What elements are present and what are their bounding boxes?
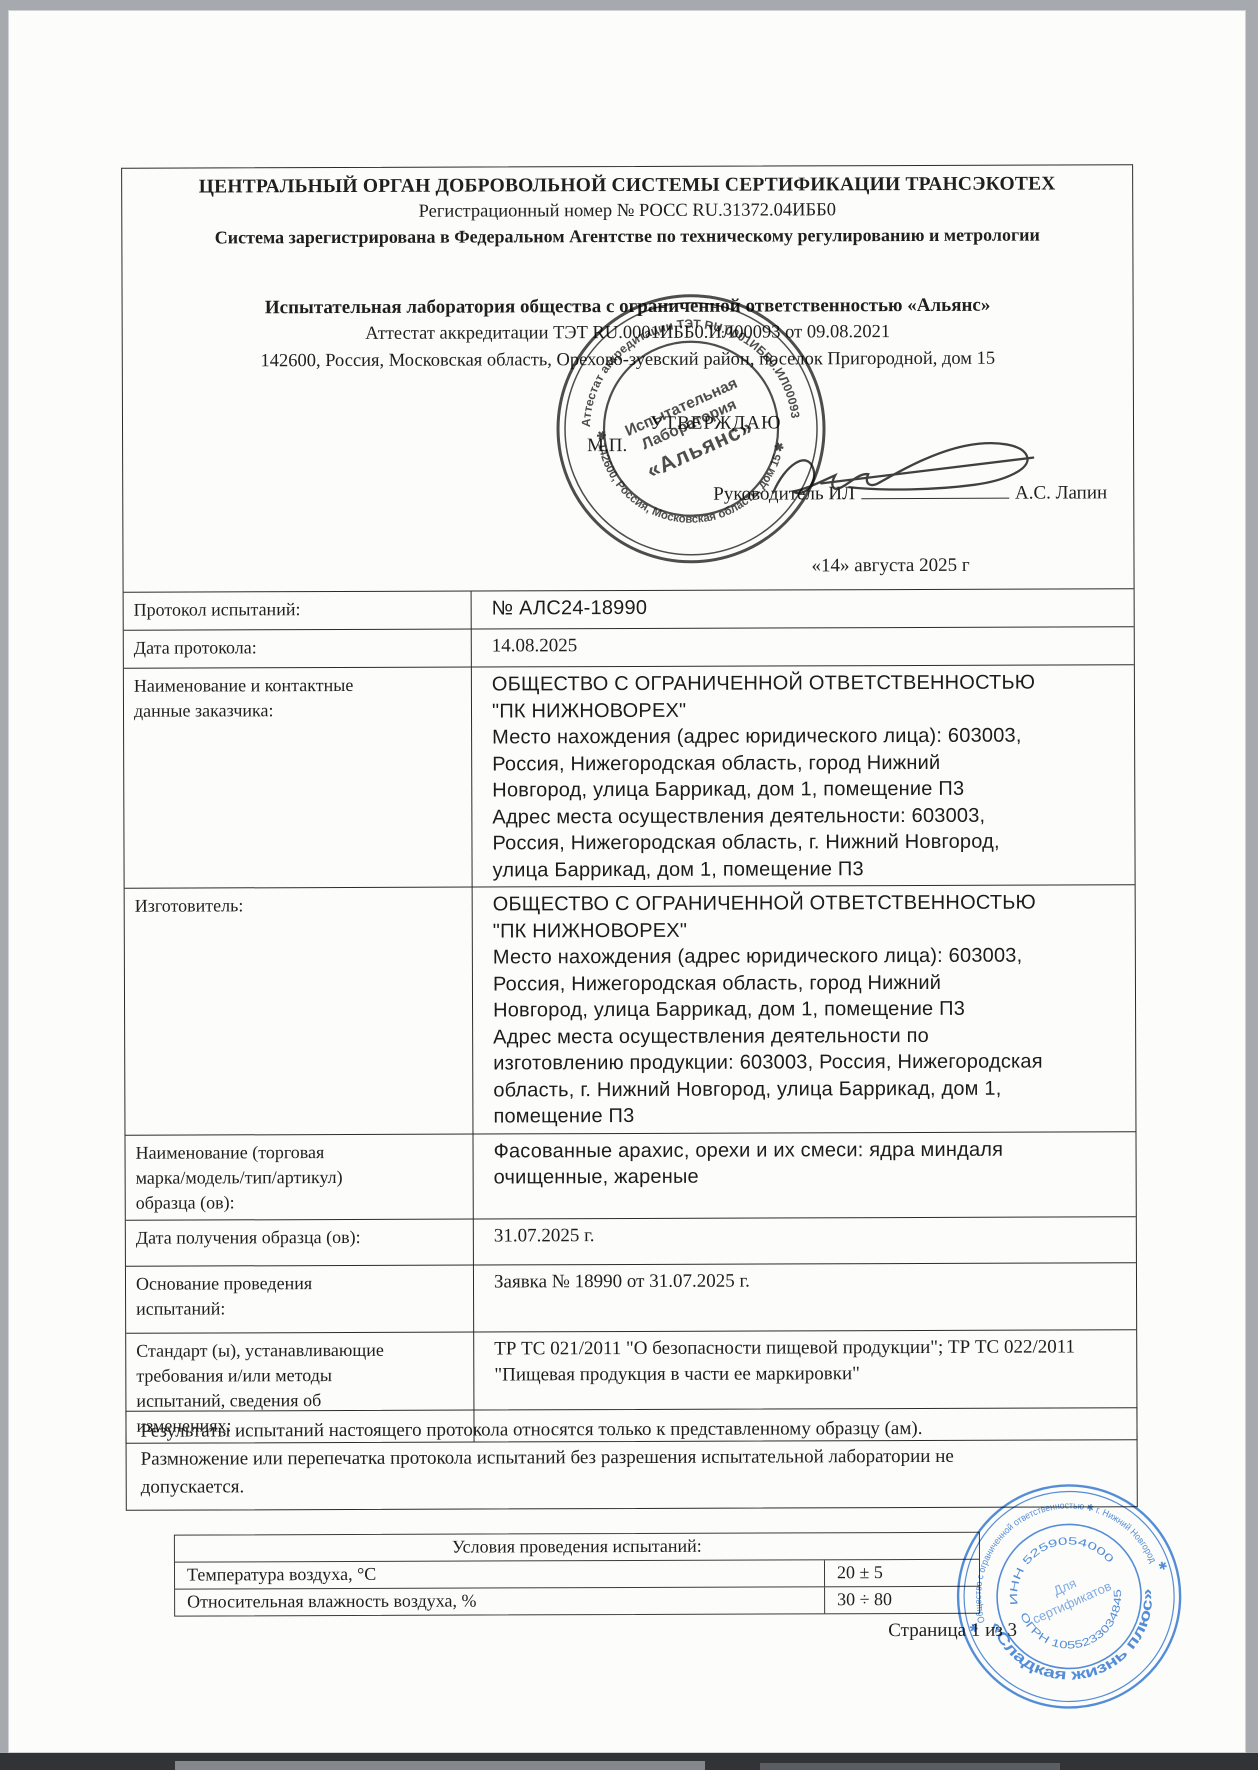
scan-content: ЦЕНТРАЛЬНЫЙ ОРГАН ДОБРОВОЛЬНОЙ СИСТЕМЫ С… <box>0 0 1258 1770</box>
row-value: 14.08.2025 <box>472 627 1134 666</box>
table-row: Дата протокола: 14.08.2025 <box>124 626 1134 668</box>
conditions-title: Условия проведения испытаний: <box>175 1533 979 1563</box>
scanner-bottom-band <box>0 1753 1258 1770</box>
laboratory-address: 142600, Россия, Московская область, Орех… <box>123 345 1133 376</box>
row-label: Наименование (торговая марка/модель/тип/… <box>125 1134 473 1219</box>
conditions-row: Температура воздуха, °С 20 ± 5 <box>175 1560 979 1589</box>
table-row: Наименование и контактные данные заказчи… <box>124 664 1135 888</box>
protocol-header: ЦЕНТРАЛЬНЫЙ ОРГАН ДОБРОВОЛЬНОЙ СИСТЕМЫ С… <box>122 171 1133 592</box>
row-label: Дата получения образца (ов): <box>126 1219 474 1265</box>
row-label: Протокол испытаний: <box>124 592 472 630</box>
org-stamp-center-line1: Для <box>1051 1575 1079 1598</box>
condition-value: 30 ÷ 80 <box>825 1587 979 1614</box>
protocol-main-box: ЦЕНТРАЛЬНЫЙ ОРГАН ДОБРОВОЛЬНОЙ СИСТЕМЫ С… <box>121 164 1137 1443</box>
conditions-table: Условия проведения испытаний: Температур… <box>174 1532 980 1617</box>
scanner-band-highlight-2 <box>760 1763 1060 1770</box>
svg-text:ИНН 5259054000: ИНН 5259054000 <box>993 1521 1121 1609</box>
row-value: № АЛС24-18990 <box>472 589 1134 628</box>
disclaimer-box: Результаты испытаний настоящего протокол… <box>125 1407 1137 1511</box>
condition-value: 20 ± 5 <box>825 1560 979 1587</box>
seal-place-label: М.П. <box>587 435 627 457</box>
certification-body-title: ЦЕНТРАЛЬНЫЙ ОРГАН ДОБРОВОЛЬНОЙ СИСТЕМЫ С… <box>122 171 1132 201</box>
signature-line <box>861 482 1009 500</box>
row-value: ОБЩЕСТВО С ОГРАНИЧЕННОЙ ОТВЕТСТВЕННОСТЬЮ… <box>473 885 1136 1133</box>
condition-param: Температура воздуха, °С <box>175 1560 825 1588</box>
page-number: Страница 1 из 3 <box>888 1620 1017 1642</box>
row-label: Основание проведения испытаний: <box>126 1265 474 1332</box>
condition-param: Относительная влажность воздуха, % <box>175 1587 825 1615</box>
conditions-row: Относительная влажность воздуха, % 30 ÷ … <box>175 1586 979 1616</box>
head-name: А.С. Лапин <box>1015 482 1107 503</box>
row-label: Наименование и контактные данные заказчи… <box>124 668 473 888</box>
laboratory-name: Испытательная лаборатория общества с огр… <box>123 291 1133 322</box>
svg-text:ОГРН 1055233034845: ОГРН 1055233034845 <box>1017 1580 1138 1666</box>
table-row: Протокол испытаний: № АЛС24-18990 <box>124 588 1134 630</box>
approve-label: УТВЕРЖДАЮ <box>650 412 782 434</box>
scanned-page: ЦЕНТРАЛЬНЫЙ ОРГАН ДОБРОВОЛЬНОЙ СИСТЕМЫ С… <box>8 10 1246 1753</box>
row-value: 31.07.2025 г. <box>474 1217 1136 1264</box>
table-row: Основание проведения испытаний: Заявка №… <box>126 1262 1136 1333</box>
approval-date: «14» августа 2025 г <box>811 555 969 578</box>
row-label: Дата протокола: <box>124 630 472 668</box>
system-registered-line: Система зарегистрирована в Федеральном А… <box>122 222 1132 251</box>
org-stamp-star-right: ✱ <box>1157 1559 1170 1573</box>
row-value: Заявка № 18990 от 31.07.2025 г. <box>474 1263 1136 1331</box>
row-value: Фасованные арахис, орехи и их смеси: ядр… <box>473 1132 1135 1218</box>
accreditation-line: Аттестат аккредитации ТЭТ RU.0001ИББ0.ИЛ… <box>123 318 1133 349</box>
scanner-band-highlight <box>175 1761 705 1770</box>
head-title-label: Руководитель ИЛ <box>713 483 855 504</box>
table-row: Дата получения образца (ов): 31.07.2025 … <box>126 1216 1136 1266</box>
org-stamp-inn-text: ИНН 5259054000 <box>993 1521 1121 1609</box>
table-row: Изготовитель: ОБЩЕСТВО С ОГРАНИЧЕННОЙ ОТ… <box>125 884 1136 1134</box>
organization-round-stamp: Общество с ограниченной ответственностью… <box>944 1471 1195 1722</box>
org-stamp-center-line2: сертификатов <box>1030 1578 1113 1626</box>
head-signature-row: Руководитель ИЛА.С. Лапин <box>713 481 1107 505</box>
org-stamp-outer-circle <box>944 1471 1195 1722</box>
row-label: Изготовитель: <box>125 888 474 1135</box>
table-row: Наименование (торговая марка/модель/тип/… <box>125 1131 1135 1220</box>
org-stamp-ogrn-text: ОГРН 1055233034845 <box>1017 1580 1138 1666</box>
row-value: ОБЩЕСТВО С ОГРАНИЧЕННОЙ ОТВЕТСТВЕННОСТЬЮ… <box>472 665 1135 886</box>
registration-number: Регистрационный номер № РОСС RU.31372.04… <box>122 197 1132 226</box>
